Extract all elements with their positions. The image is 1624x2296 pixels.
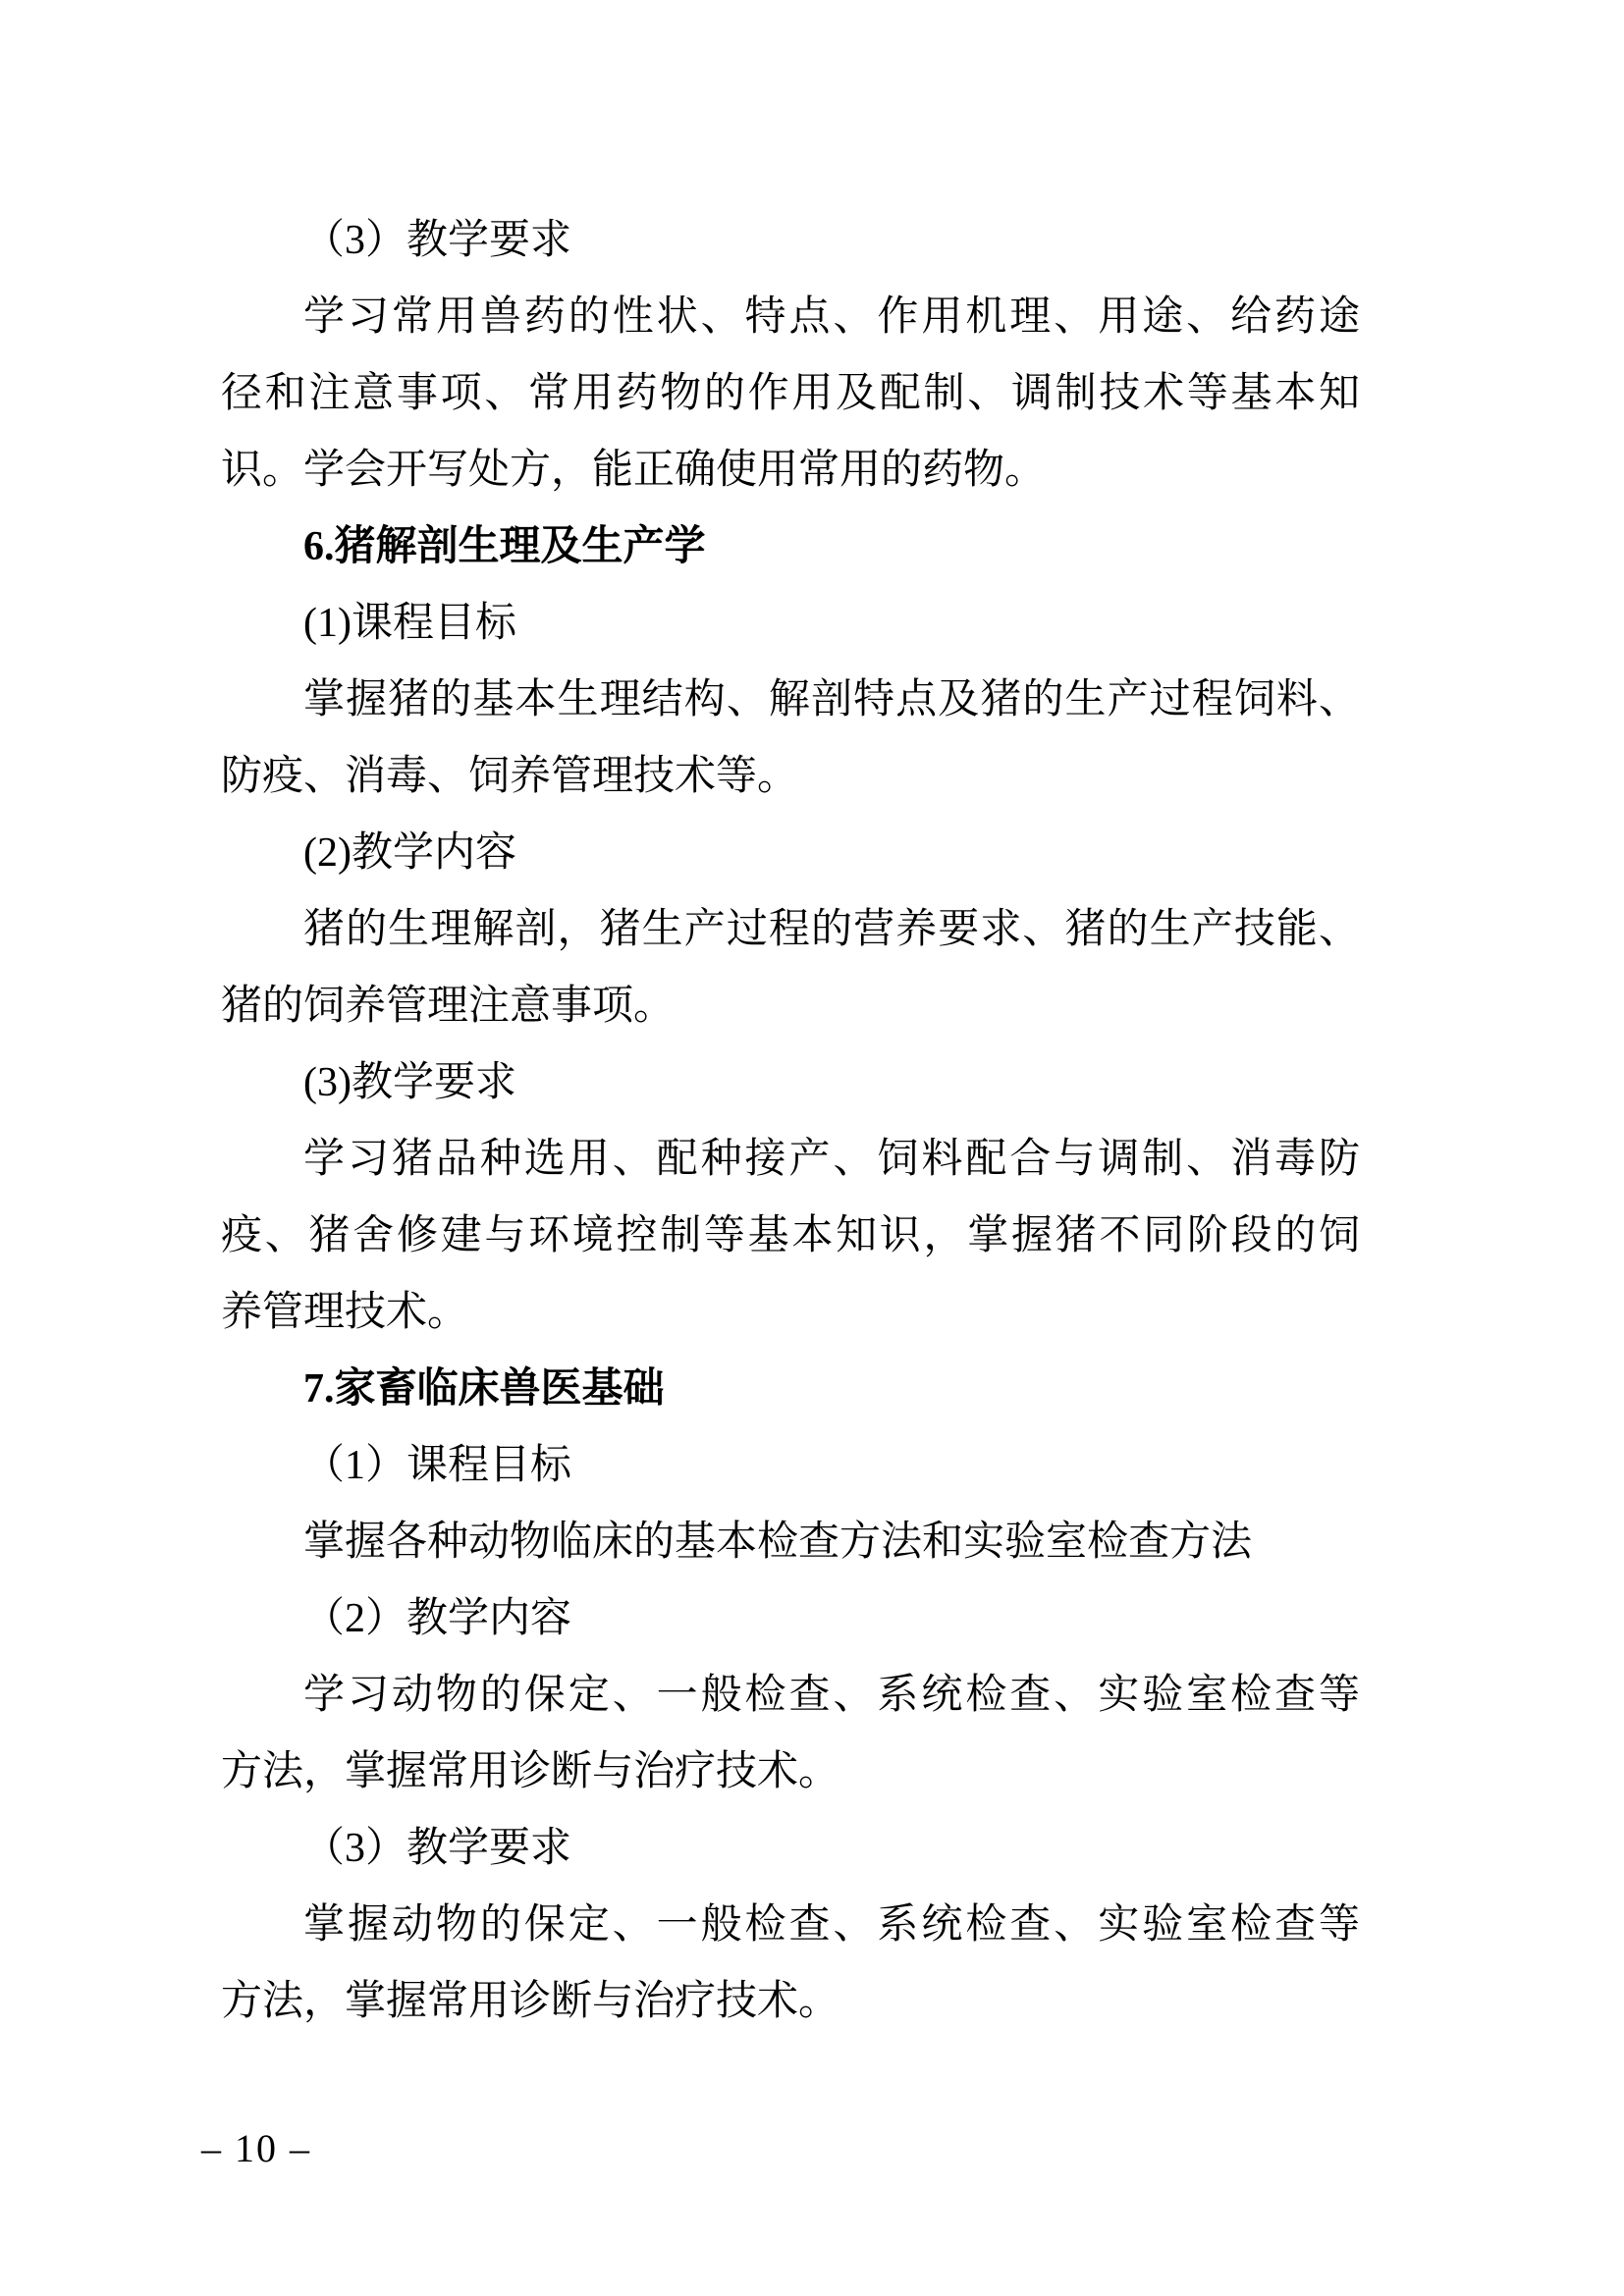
text-line: （1）课程目标 bbox=[221, 1427, 1360, 1504]
text-line: （3）教学要求 bbox=[221, 1810, 1360, 1887]
text-line: （2）教学内容 bbox=[221, 1580, 1360, 1657]
section-heading: 7.家畜临床兽医基础 bbox=[221, 1351, 1360, 1427]
section-heading: 6.猪解剖生理及生产学 bbox=[221, 508, 1360, 585]
text-line: (1)课程目标 bbox=[221, 585, 1360, 662]
text-line: (2)教学内容 bbox=[221, 815, 1360, 891]
text-line: 掌握猪的基本生理结构、解剖特点及猪的生产过程饲料、 bbox=[221, 662, 1360, 738]
document-page: （3）教学要求学习常用兽药的性状、特点、作用机理、用途、给药途径和注意事项、常用… bbox=[0, 0, 1624, 2296]
text-line: 疫、猪舍修建与环境控制等基本知识，掌握猪不同阶段的饲 bbox=[221, 1198, 1360, 1274]
text-line: 学习动物的保定、一般检查、系统检查、实验室检查等 bbox=[221, 1657, 1360, 1734]
text-line: 养管理技术。 bbox=[221, 1274, 1360, 1351]
text-line: 猪的饲养管理注意事项。 bbox=[221, 968, 1360, 1044]
text-line: （3）教学要求 bbox=[221, 202, 1360, 279]
text-line: 方法，掌握常用诊断与治疗技术。 bbox=[221, 1963, 1360, 2040]
text-line: 识。学会开写处方，能正确使用常用的药物。 bbox=[221, 432, 1360, 508]
text-block: （3）教学要求学习常用兽药的性状、特点、作用机理、用途、给药途径和注意事项、常用… bbox=[221, 202, 1360, 2040]
text-line: 猪的生理解剖，猪生产过程的营养要求、猪的生产技能、 bbox=[221, 891, 1360, 968]
text-line: 掌握各种动物临床的基本检查方法和实验室检查方法 bbox=[221, 1504, 1360, 1580]
text-line: 掌握动物的保定、一般检查、系统检查、实验室检查等 bbox=[221, 1887, 1360, 1963]
page-number: – 10 – bbox=[201, 2110, 311, 2187]
text-line: 学习猪品种选用、配种接产、饲料配合与调制、消毒防 bbox=[221, 1121, 1360, 1198]
text-line: 径和注意事项、常用药物的作用及配制、调制技术等基本知 bbox=[221, 355, 1360, 432]
text-line: (3)教学要求 bbox=[221, 1044, 1360, 1121]
text-line: 方法，掌握常用诊断与治疗技术。 bbox=[221, 1734, 1360, 1810]
text-line: 防疫、消毒、饲养管理技术等。 bbox=[221, 738, 1360, 815]
text-line: 学习常用兽药的性状、特点、作用机理、用途、给药途 bbox=[221, 279, 1360, 355]
